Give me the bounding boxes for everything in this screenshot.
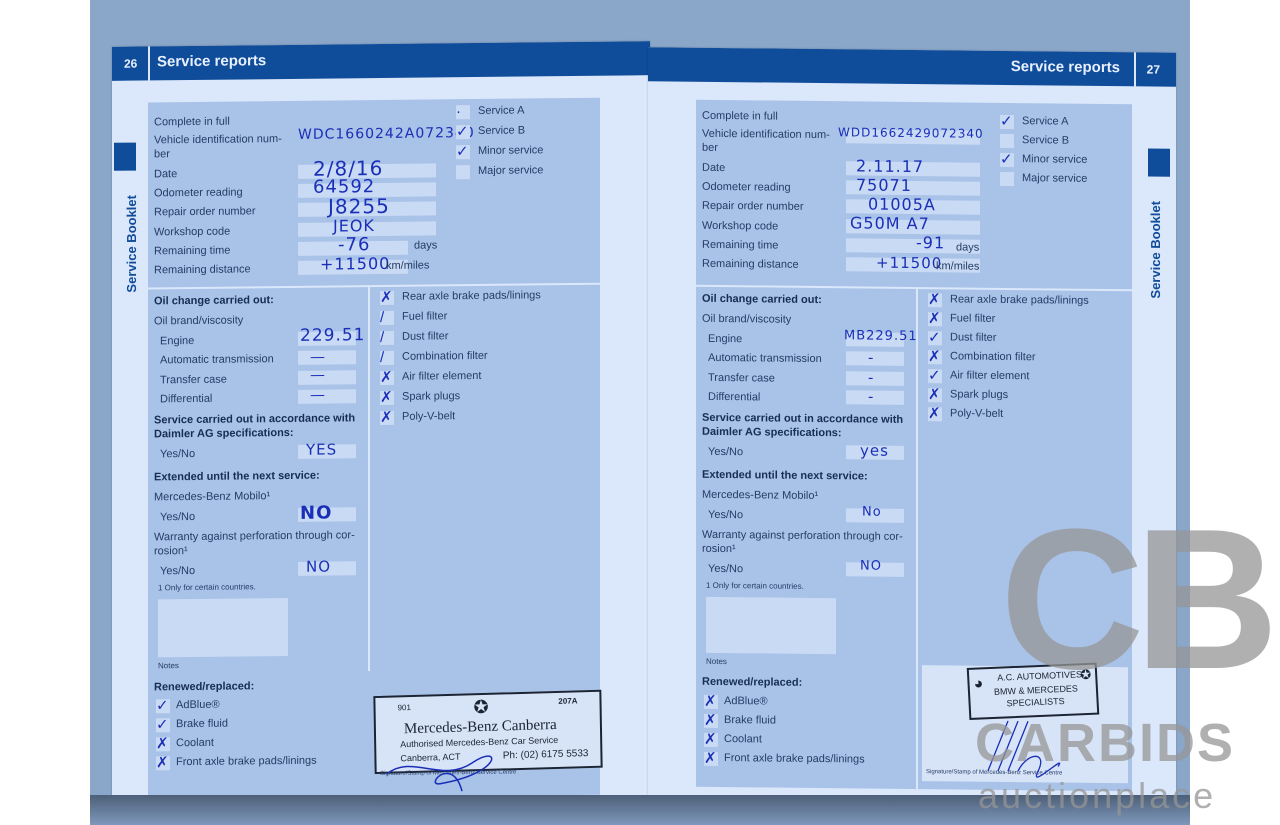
left-page: 26 Service reports Service Booklet Compl… (112, 41, 650, 813)
field-label: Mercedes-Benz Mobilo¹ (702, 489, 818, 502)
checkbox-label: Service B (478, 124, 525, 136)
field-label: Warranty against perforation through cor… (154, 529, 355, 543)
checklist-label: Poly-V-belt (402, 410, 455, 423)
field-label: Remaining distance (702, 258, 799, 271)
section-heading: Service carried out in accordance with (702, 412, 903, 426)
checklist-checkbox[interactable]: ✗ (928, 407, 942, 421)
renewed-checkbox[interactable]: ✗ (704, 752, 718, 766)
check-mark: ✓ (456, 145, 469, 159)
transmission-oil-value: - (868, 349, 874, 367)
mercedes-star-icon: ✪ (473, 697, 488, 718)
signature-scribble (382, 743, 522, 794)
vin-value[interactable]: WDC1660242A072340 (298, 125, 475, 143)
side-tab-marker (1148, 148, 1170, 176)
bmw-logo-icon: ◕ (973, 675, 984, 693)
transfer-case-value: — (310, 366, 326, 384)
renewed-checkbox[interactable]: ✗ (156, 756, 170, 770)
field-label: Yes/No (708, 563, 743, 575)
minor-service-checkbox[interactable]: ✓ (456, 145, 470, 159)
check-mark: ✓ (928, 331, 941, 345)
field-label: Remaining time (154, 245, 230, 258)
repair-order-value: J8255 (328, 194, 390, 219)
checklist-label: Spark plugs (402, 390, 460, 403)
service-a-checkbox[interactable]: · (456, 105, 470, 119)
field-label: Remaining time (702, 239, 778, 252)
field-label: Date (702, 162, 725, 174)
page-number: 26 (124, 57, 137, 71)
checklist-checkbox[interactable]: ✗ (380, 391, 394, 405)
vehicle-info-section: Complete in full Vehicle identification … (148, 98, 600, 288)
x-mark: ✗ (704, 695, 717, 709)
section-heading: Daimler AG specifications: (702, 426, 842, 439)
field-label: Complete in full (702, 110, 778, 123)
checklist-checkbox[interactable]: ✓ (928, 369, 942, 383)
renewed-label: Brake fluid (176, 718, 228, 731)
notes-field[interactable] (158, 598, 288, 657)
checkbox-label: Major service (1022, 172, 1087, 185)
checkbox-label: Minor service (478, 144, 543, 157)
section-heading: Oil change carried out: (154, 294, 274, 307)
field-label: Workshop code (702, 220, 778, 233)
x-mark: ✗ (928, 312, 941, 326)
vehicle-info-section: Complete in full Vehicle identification … (696, 100, 1132, 290)
transfer-case-value: - (868, 369, 874, 387)
field-label: Oil brand/viscosity (154, 314, 243, 327)
section-heading: Extended until the next service: (154, 470, 320, 484)
check-mark: ✓ (156, 699, 169, 713)
section-heading: Renewed/replaced: (154, 680, 254, 693)
checklist-label: Poly-V-belt (950, 407, 1003, 420)
checklist-label: Fuel filter (402, 310, 447, 322)
workshop-code-value: JEOK (333, 216, 375, 235)
check-mark: ✓ (456, 125, 469, 139)
column-divider (916, 289, 918, 789)
remaining-distance-value: +11500 (320, 254, 390, 274)
checklist-checkbox[interactable]: / (380, 311, 394, 325)
page-number: 27 (1147, 62, 1160, 76)
field-label: Yes/No (708, 446, 743, 458)
checklist-label: Rear axle brake pads/linings (402, 289, 541, 302)
checklist-label: Combination filter (950, 350, 1036, 363)
check-mark: ✓ (1000, 153, 1013, 167)
repair-order-value: 01005A (868, 195, 936, 215)
field-label: Vehicle identification num- (154, 133, 282, 146)
transmission-oil-field[interactable] (846, 351, 904, 366)
engine-oil-value: MB229.51 (844, 328, 918, 344)
renewed-label: Front axle brake pads/linings (724, 752, 865, 765)
slash-mark: / (380, 331, 384, 345)
checklist-checkbox[interactable]: ✗ (928, 293, 942, 307)
x-mark: ✗ (704, 733, 717, 747)
side-label: Service Booklet (124, 195, 139, 293)
x-mark: ✗ (156, 737, 169, 751)
service-a-checkbox[interactable]: ✓ (1000, 115, 1014, 129)
transmission-oil-field[interactable] (298, 350, 356, 365)
checklist-label: Dust filter (950, 331, 996, 343)
slash-mark: / (380, 351, 384, 365)
remaining-time-value: -91 (916, 233, 945, 252)
renewed-label: Front axle brake pads/linings (176, 755, 317, 768)
field-label: Engine (708, 333, 742, 345)
checklist-label: Spark plugs (950, 388, 1008, 401)
x-mark: ✗ (380, 391, 393, 405)
renewed-checkbox[interactable]: ✓ (156, 718, 170, 732)
renewed-checkbox[interactable]: ✗ (704, 695, 718, 709)
notes-label: Notes (158, 661, 179, 670)
field-label: Warranty against perforation through cor… (702, 529, 903, 543)
renewed-label: Brake fluid (724, 714, 776, 727)
renewed-checkbox[interactable]: ✗ (704, 733, 718, 747)
field-label: rosion¹ (154, 545, 188, 557)
checklist-checkbox[interactable]: ✓ (928, 331, 942, 345)
differential-value: - (868, 388, 874, 406)
engine-oil-value: 229.51 (300, 325, 365, 346)
watermark-brand: CARBIDS (975, 712, 1235, 774)
checklist-checkbox[interactable]: / (380, 331, 394, 345)
page-header: 26 Service reports (112, 41, 650, 81)
checkbox-label: Major service (478, 164, 543, 177)
header-divider (1134, 52, 1136, 86)
section-heading: Extended until the next service: (702, 469, 868, 483)
field-label: Automatic transmission (708, 352, 822, 365)
field-label: Mercedes-Benz Mobilo¹ (154, 490, 270, 503)
field-label: Yes/No (160, 511, 195, 523)
major-service-checkbox[interactable] (1000, 172, 1014, 186)
stamp-code: 207A (558, 696, 577, 706)
warranty-value: NO (306, 558, 331, 576)
unit-label: km/miles (386, 259, 429, 271)
checkbox-label: Service B (1022, 134, 1069, 146)
x-mark: ✗ (704, 752, 717, 766)
stamp-code: 901 (397, 703, 411, 712)
remaining-distance-value: +11500 (876, 254, 942, 273)
differential-field[interactable] (846, 390, 904, 405)
page-title: Service reports (1011, 58, 1120, 76)
field-label: Yes/No (708, 509, 743, 521)
x-mark: ✗ (380, 291, 393, 305)
checklist-label: Rear axle brake pads/linings (950, 293, 1089, 306)
transfer-case-field[interactable] (298, 370, 356, 385)
x-mark: ✗ (928, 350, 941, 364)
check-mark: ✓ (156, 718, 169, 732)
date-value: 2.11.17 (856, 156, 924, 176)
differential-field[interactable] (298, 389, 356, 404)
transfer-case-field[interactable] (846, 371, 904, 386)
section-heading: Renewed/replaced: (702, 676, 802, 689)
footnote: 1 Only for certain countries. (706, 581, 804, 591)
section-heading: Oil change carried out: (702, 293, 822, 306)
checklist-label: Combination filter (402, 350, 488, 363)
differential-value: — (310, 386, 326, 404)
daimler-spec-value: YES (306, 440, 337, 458)
major-service-checkbox[interactable] (456, 165, 470, 179)
x-mark: ✗ (928, 407, 941, 421)
x-mark: ✗ (928, 388, 941, 402)
unit-label: days (414, 239, 437, 251)
field-label: ber (154, 148, 170, 160)
unit-label: km/miles (936, 260, 979, 272)
checkbox-label: Service A (1022, 115, 1068, 127)
x-mark: ✗ (704, 714, 717, 728)
field-label: Transfer case (160, 374, 227, 387)
side-tab-marker (114, 143, 136, 171)
field-label: Remaining distance (154, 263, 251, 276)
watermark-logo: CB (1000, 500, 1269, 700)
transmission-oil-value: — (310, 348, 326, 366)
field-label: Differential (160, 393, 212, 406)
field-label: ber (702, 142, 718, 154)
field-label: Yes/No (160, 448, 195, 460)
side-label: Service Booklet (1148, 201, 1163, 299)
field-label: Repair order number (154, 205, 256, 218)
checklist-checkbox[interactable]: ✗ (380, 411, 394, 425)
renewed-checkbox[interactable]: ✗ (156, 737, 170, 751)
checklist-label: Air filter element (950, 369, 1029, 382)
mobilo-value: NO (300, 503, 332, 524)
field-label: Odometer reading (154, 186, 243, 199)
field-label: Oil brand/viscosity (702, 313, 791, 326)
page-header: Service reports 27 (648, 47, 1176, 87)
checklist-checkbox[interactable]: ✗ (928, 388, 942, 402)
checkbox-label: Service A (478, 104, 524, 116)
unit-label: days (956, 241, 979, 253)
checklist-checkbox[interactable]: ✗ (928, 312, 942, 326)
checklist-checkbox[interactable]: ✗ (380, 371, 394, 385)
field-label: Differential (708, 391, 760, 404)
column-divider (368, 287, 370, 671)
slash-mark: / (380, 311, 384, 325)
checklist-checkbox[interactable]: ✗ (928, 350, 942, 364)
renewed-checkbox[interactable]: ✓ (156, 699, 170, 713)
checklist-label: Fuel filter (950, 312, 995, 324)
notes-label: Notes (706, 657, 727, 666)
section-heading: Service carried out in accordance with (154, 412, 355, 426)
daimler-spec-value: yes (860, 441, 889, 459)
page-title: Service reports (157, 52, 266, 70)
field-label: Vehicle identification num- (702, 128, 830, 141)
field-label: Transfer case (708, 372, 775, 385)
field-label: Repair order number (702, 200, 804, 213)
workshop-code-value: G50M A7 (850, 213, 930, 233)
check-mark: ✓ (1000, 115, 1013, 129)
odometer-value: 75071 (856, 175, 912, 195)
renewed-label: AdBlue® (176, 699, 220, 711)
x-mark: ✗ (928, 293, 941, 307)
field-label: Date (154, 168, 177, 180)
checklist-label: Dust filter (402, 330, 448, 342)
header-divider (148, 46, 150, 80)
notes-field[interactable] (706, 597, 836, 654)
checklist-checkbox[interactable]: / (380, 351, 394, 365)
renewed-checkbox[interactable]: ✗ (704, 714, 718, 728)
watermark-tagline: auctionplace (978, 775, 1216, 817)
footnote: 1 Only for certain countries. (158, 582, 256, 592)
renewed-label: AdBlue® (724, 695, 768, 707)
renewed-label: Coolant (176, 737, 214, 749)
vin-value: WDD1662429072340 (838, 125, 984, 141)
field-label: rosion¹ (702, 543, 736, 555)
field-label: Workshop code (154, 226, 230, 239)
field-label: Yes/No (160, 565, 195, 577)
warranty-value: NO (860, 558, 882, 573)
minor-service-checkbox[interactable]: ✓ (1000, 153, 1014, 167)
mobilo-value: No (862, 504, 882, 519)
field-label: Automatic transmission (160, 353, 274, 366)
field-label: Engine (160, 335, 194, 347)
check-mark: ✓ (928, 369, 941, 383)
mark: · (456, 105, 461, 119)
checkbox-label: Minor service (1022, 153, 1087, 166)
checklist-label: Air filter element (402, 370, 481, 383)
field-label: Odometer reading (702, 181, 791, 194)
remaining-time-value: -76 (338, 234, 370, 255)
section-heading: Daimler AG specifications: (154, 427, 294, 440)
field-label: Complete in full (154, 116, 230, 129)
renewed-label: Coolant (724, 733, 762, 745)
x-mark: ✗ (380, 371, 393, 385)
service-b-checkbox[interactable]: ✓ (456, 125, 470, 139)
x-mark: ✗ (156, 756, 169, 770)
checklist-checkbox[interactable]: ✗ (380, 291, 394, 305)
x-mark: ✗ (380, 411, 393, 425)
service-b-checkbox[interactable] (1000, 134, 1014, 148)
